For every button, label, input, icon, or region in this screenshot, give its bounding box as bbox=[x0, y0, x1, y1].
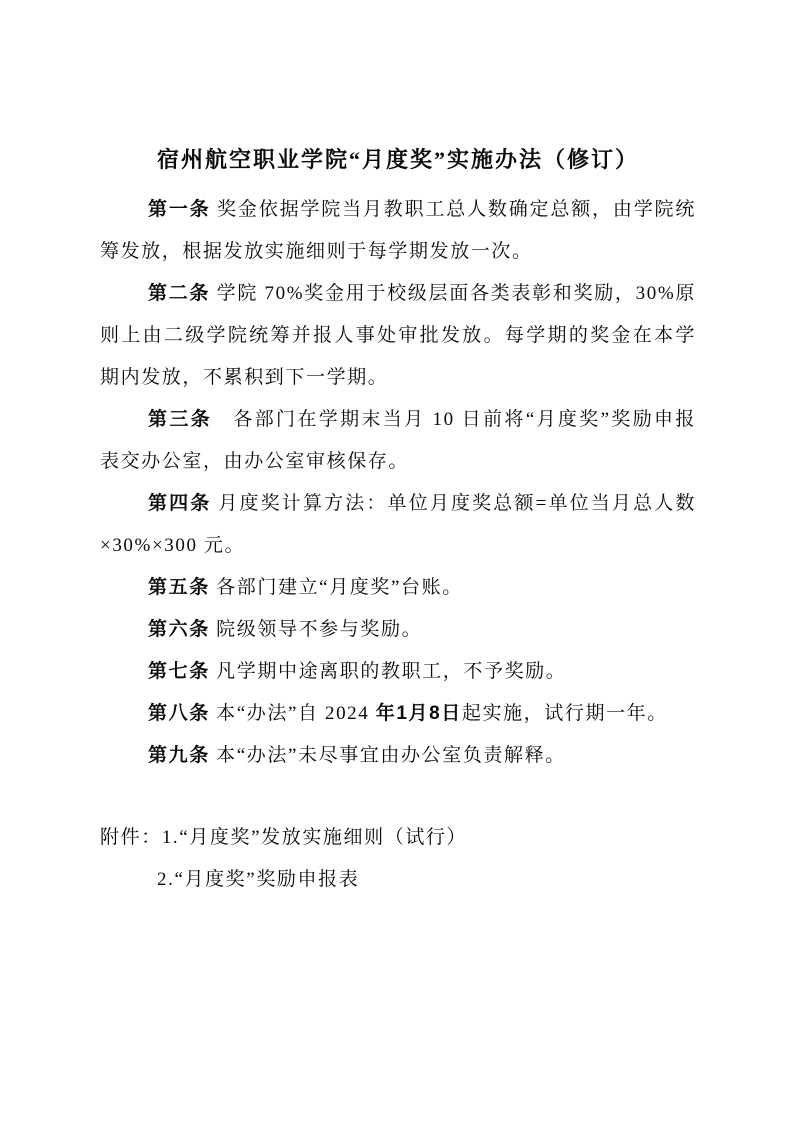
article-paragraph: 第四条 月度奖计算方法：单位月度奖总额=单位当月总人数×30%×300 元。 bbox=[100, 483, 696, 567]
article-number-label: 第三条 bbox=[148, 409, 212, 430]
document-title: 宿州航空职业学院“月度奖”实施办法（修订） bbox=[100, 141, 696, 179]
article-number-label: 第七条 bbox=[148, 661, 210, 682]
document-content: 宿州航空职业学院“月度奖”实施办法（修订） 第一条 奖金依据学院当月教职工总人数… bbox=[0, 0, 793, 901]
article-paragraph: 第二条 学院 70%奖金用于校级层面各类表彰和奖励，30%原则上由二级学院统筹并… bbox=[100, 273, 696, 399]
attachment-item-2: 2.“月度奖”奖励申报表 bbox=[157, 869, 359, 890]
attachment-line-2: 2.“月度奖”奖励申报表 bbox=[100, 859, 696, 901]
attachment-line-1: 附件：1.“月度奖”发放实施细则（试行） bbox=[100, 817, 696, 859]
article-number-label: 第二条 bbox=[148, 283, 210, 304]
attachments-section: 附件：1.“月度奖”发放实施细则（试行） 2.“月度奖”奖励申报表 bbox=[100, 817, 696, 901]
article-text: 本“办法”自 2024 bbox=[210, 703, 376, 724]
article-text: 院级领导不参与奖励。 bbox=[210, 619, 422, 640]
article-text: 各部门建立“月度奖”台账。 bbox=[210, 577, 463, 598]
articles: 第一条 奖金依据学院当月教职工总人数确定总额，由学院统筹发放，根据发放实施细则于… bbox=[100, 189, 696, 777]
article-paragraph: 第九条 本“办法”未尽事宜由办公室负责解释。 bbox=[100, 735, 696, 777]
article-paragraph: 第一条 奖金依据学院当月教职工总人数确定总额，由学院统筹发放，根据发放实施细则于… bbox=[100, 189, 696, 273]
attachments-label: 附件： bbox=[100, 827, 162, 848]
article-number-label: 第六条 bbox=[148, 619, 210, 640]
attachment-item-1: 1.“月度奖”发放实施细则（试行） bbox=[162, 827, 467, 848]
article-text: 凡学期中途离职的教职工，不予奖励。 bbox=[210, 661, 567, 682]
article-number-label: 第一条 bbox=[148, 199, 211, 220]
article-paragraph: 第五条 各部门建立“月度奖”台账。 bbox=[100, 567, 696, 609]
article-text: 起实施，试行期一年。 bbox=[462, 703, 668, 724]
article-paragraph: 第三条 各部门在学期末当月 10 日前将“月度奖”奖励申报表交办公室，由办公室审… bbox=[100, 399, 696, 483]
article-number-label: 第五条 bbox=[148, 577, 210, 598]
article-paragraph: 第八条 本“办法”自 2024 年1月8日起实施，试行期一年。 bbox=[100, 693, 696, 735]
article-number-label: 第四条 bbox=[148, 493, 211, 514]
article-paragraph: 第六条 院级领导不参与奖励。 bbox=[100, 609, 696, 651]
article-paragraph: 第七条 凡学期中途离职的教职工，不予奖励。 bbox=[100, 651, 696, 693]
article-text: 本“办法”未尽事宜由办公室负责解释。 bbox=[210, 745, 566, 766]
document-page: 宿州航空职业学院“月度奖”实施办法（修订） 第一条 奖金依据学院当月教职工总人数… bbox=[0, 0, 793, 1122]
article-text: 年1月8日 bbox=[376, 703, 462, 724]
article-number-label: 第九条 bbox=[148, 745, 210, 766]
article-number-label: 第八条 bbox=[148, 703, 210, 724]
